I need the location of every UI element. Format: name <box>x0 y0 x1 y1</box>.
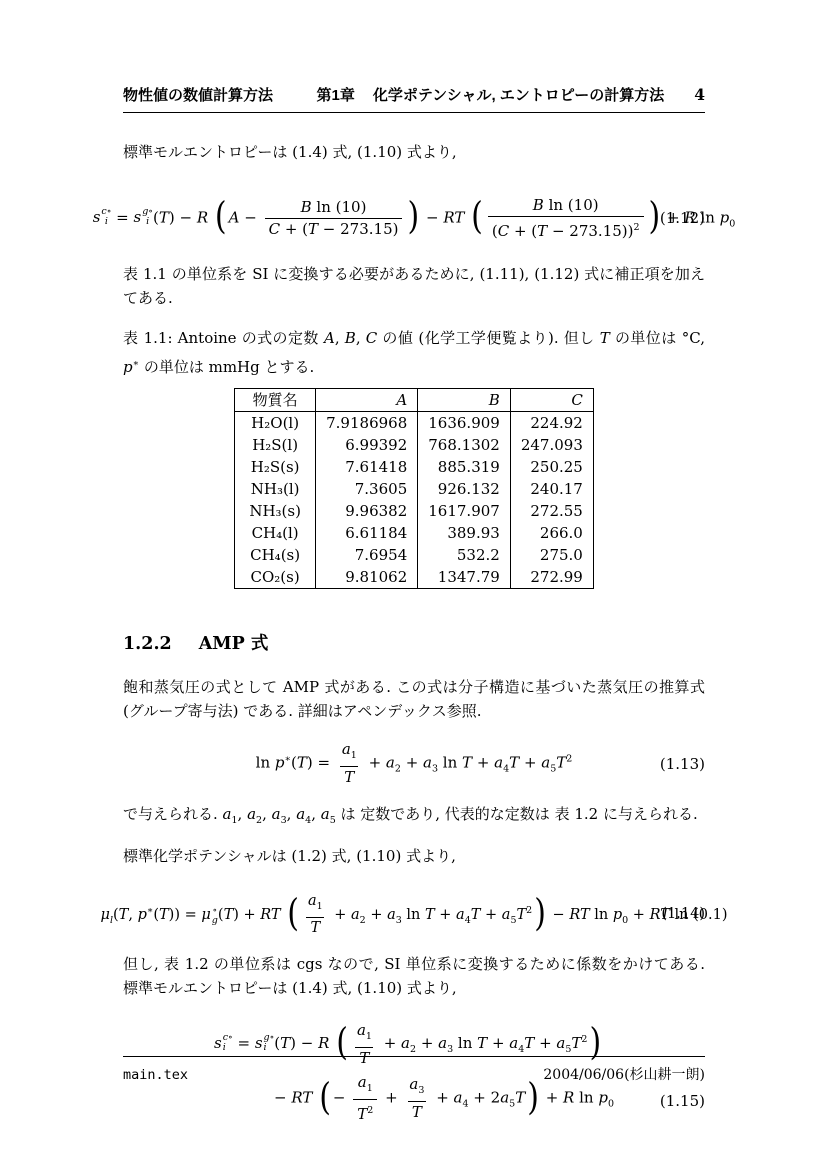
constant-value: 224.92 <box>510 412 593 435</box>
substance-name: NH₃(s) <box>235 500 316 522</box>
equation-1-12-body: sc∘i = sg∘i(T) − R (A − B ln (10)C + (T … <box>93 195 736 242</box>
constant-value: 272.99 <box>510 566 593 589</box>
constant-value: 1636.909 <box>418 412 511 435</box>
fraction: a1T <box>304 891 327 939</box>
constant-value: 6.61184 <box>316 522 418 544</box>
paragraph-constants-note: で与えられる. a1, a2, a3, a4, a5 は 定数であり, 代表的な… <box>123 802 705 833</box>
constant-value: 389.93 <box>418 522 511 544</box>
constant-value: 247.093 <box>510 434 593 456</box>
constant-value: 885.319 <box>418 456 511 478</box>
footer-filename: main.tex <box>123 1067 188 1083</box>
table-row: H₂O(l)7.91869681636.909224.92 <box>235 412 594 435</box>
fraction: B ln (10)(C + (T − 273.15))2 <box>488 195 644 242</box>
table-row: NH₃(l)7.3605926.132240.17 <box>235 478 594 500</box>
column-header-A: A <box>316 389 418 412</box>
subscript: 3 <box>418 1085 424 1096</box>
substance-name: H₂S(s) <box>235 456 316 478</box>
paragraph-cgs-note: 但し, 表 1.2 の単位系は cgs なので, SI 単位系に変換するために係… <box>123 952 705 1000</box>
subscript: 1 <box>367 1083 373 1094</box>
subscript: 0 <box>729 218 735 229</box>
base-with-scripts: μ∘g <box>201 905 218 927</box>
page-number: 4 <box>694 85 705 104</box>
substance-name: H₂S(l) <box>235 434 316 456</box>
constant-value: 1617.907 <box>418 500 511 522</box>
table-row: NH₃(s)9.963821617.907272.55 <box>235 500 594 522</box>
equation-1-14-body: μl(T, p∗(T)) = μ∘g(T) + RT (a1T + a2 + a… <box>101 891 728 939</box>
substance-name: H₂O(l) <box>235 412 316 435</box>
paragraph-amp-intro: 飽和蒸気圧の式として AMP 式がある. この式は分子構造に基づいた蒸気圧の推算… <box>123 675 705 723</box>
superscript: 2 <box>633 222 639 233</box>
constant-value: 9.81062 <box>316 566 418 589</box>
superscript: 2 <box>566 754 572 765</box>
fraction: a1T <box>338 739 361 788</box>
base-with-scripts: sg∘i <box>134 206 153 229</box>
paragraph-unit-correction: 表 1.1 の単位系を SI に変換する必要があるために, (1.11), (1… <box>123 262 705 310</box>
page-content: 標準モルエントロピーは (1.4) 式, (1.10) 式より, sc∘i = … <box>123 140 705 1127</box>
substance-name: CH₄(l) <box>235 522 316 544</box>
table-row: CO₂(s)9.810621347.79272.99 <box>235 566 594 589</box>
chapter-title: 化学ポテンシャル, エントロピーの計算方法 <box>373 84 664 105</box>
table-header-row: 物質名ABC <box>235 389 594 412</box>
page-footer: main.tex 2004/06/06(杉山耕一朗) <box>123 1056 705 1084</box>
fraction: B ln (10)C + (T − 273.15) <box>265 197 403 240</box>
document-page: 物性値の数値計算方法 第1章 化学ポテンシャル, エントロピーの計算方法 4 標… <box>0 0 826 1169</box>
superscript: 2 <box>526 905 532 916</box>
superscript: 2 <box>581 1034 587 1045</box>
running-title: 物性値の数値計算方法 <box>123 84 273 105</box>
constant-value: 926.132 <box>418 478 511 500</box>
constant-value: 7.9186968 <box>316 412 418 435</box>
chapter-heading: 第1章 化学ポテンシャル, エントロピーの計算方法 <box>317 84 665 105</box>
constant-value: 1347.79 <box>418 566 511 589</box>
table-row: CH₄(l)6.61184389.93266.0 <box>235 522 594 544</box>
equation-number-1-14: (1.14) <box>661 904 705 926</box>
constant-value: 9.96382 <box>316 500 418 522</box>
column-header-name: 物質名 <box>235 389 316 412</box>
table-row: H₂S(l)6.99392768.1302247.093 <box>235 434 594 456</box>
column-header-C: C <box>510 389 593 412</box>
table-row: CH₄(s)7.6954532.2275.0 <box>235 544 594 566</box>
section-heading: 1.2.2AMP 式 <box>123 631 705 657</box>
substance-name: CH₄(s) <box>235 544 316 566</box>
equation-number-1-15: (1.15) <box>660 1090 705 1113</box>
chapter-header-group: 第1章 化学ポテンシャル, エントロピーの計算方法 4 <box>317 84 705 105</box>
constant-value: 768.1302 <box>418 434 511 456</box>
equation-1-12: sc∘i = sg∘i(T) − R (A − B ln (10)C + (T … <box>123 192 705 244</box>
constant-value: 532.2 <box>418 544 511 566</box>
substance-name: NH₃(l) <box>235 478 316 500</box>
constant-value: 250.25 <box>510 456 593 478</box>
equation-1-13-body: ln p∗(T) = a1T + a2 + a3 ln T + a4T + a5… <box>256 739 573 788</box>
constant-value: 7.61418 <box>316 456 418 478</box>
equation-1-13: ln p∗(T) = a1T + a2 + a3 ln T + a4T + a5… <box>123 739 705 788</box>
constant-value: 7.6954 <box>316 544 418 566</box>
footer-date-author: 2004/06/06(杉山耕一朗) <box>543 1064 705 1084</box>
subscript: 1 <box>317 901 323 912</box>
chapter-number: 第1章 <box>317 84 355 105</box>
paragraph-standard-chemical-potential: 標準化学ポテンシャルは (1.2) 式, (1.10) 式より, <box>123 844 705 868</box>
substance-name: CO₂(s) <box>235 566 316 589</box>
superscript: 2 <box>367 1105 373 1116</box>
equation-1-14: μl(T, p∗(T)) = μ∘g(T) + RT (a1T + a2 + a… <box>123 890 705 940</box>
constant-value: 7.3605 <box>316 478 418 500</box>
constant-value: 6.99392 <box>316 434 418 456</box>
equation-number-1-13: (1.13) <box>660 752 705 775</box>
antoine-constants-table: 物質名ABC H₂O(l)7.91869681636.909224.92H₂S(… <box>234 388 594 589</box>
base-with-scripts: sc∘i <box>93 206 112 229</box>
subscript: 0 <box>608 1099 614 1110</box>
constant-value: 272.55 <box>510 500 593 522</box>
constant-value: 275.0 <box>510 544 593 566</box>
paragraph-standard-molar-entropy: 標準モルエントロピーは (1.4) 式, (1.10) 式より, <box>123 140 705 164</box>
column-header-B: B <box>418 389 511 412</box>
constant-value: 266.0 <box>510 522 593 544</box>
subscript: 1 <box>351 750 357 761</box>
equation-number-1-12: (1.12) <box>660 207 705 230</box>
table-row: H₂S(s)7.61418885.319250.25 <box>235 456 594 478</box>
table-caption: 表 1.1: Antoine の式の定数 A, B, C の値 (化学工学便覧よ… <box>123 326 705 380</box>
page-header: 物性値の数値計算方法 第1章 化学ポテンシャル, エントロピーの計算方法 4 <box>123 84 705 113</box>
constant-value: 240.17 <box>510 478 593 500</box>
section-title: AMP 式 <box>199 634 269 654</box>
subscript: 1 <box>366 1031 372 1042</box>
section-number: 1.2.2 <box>123 634 172 654</box>
